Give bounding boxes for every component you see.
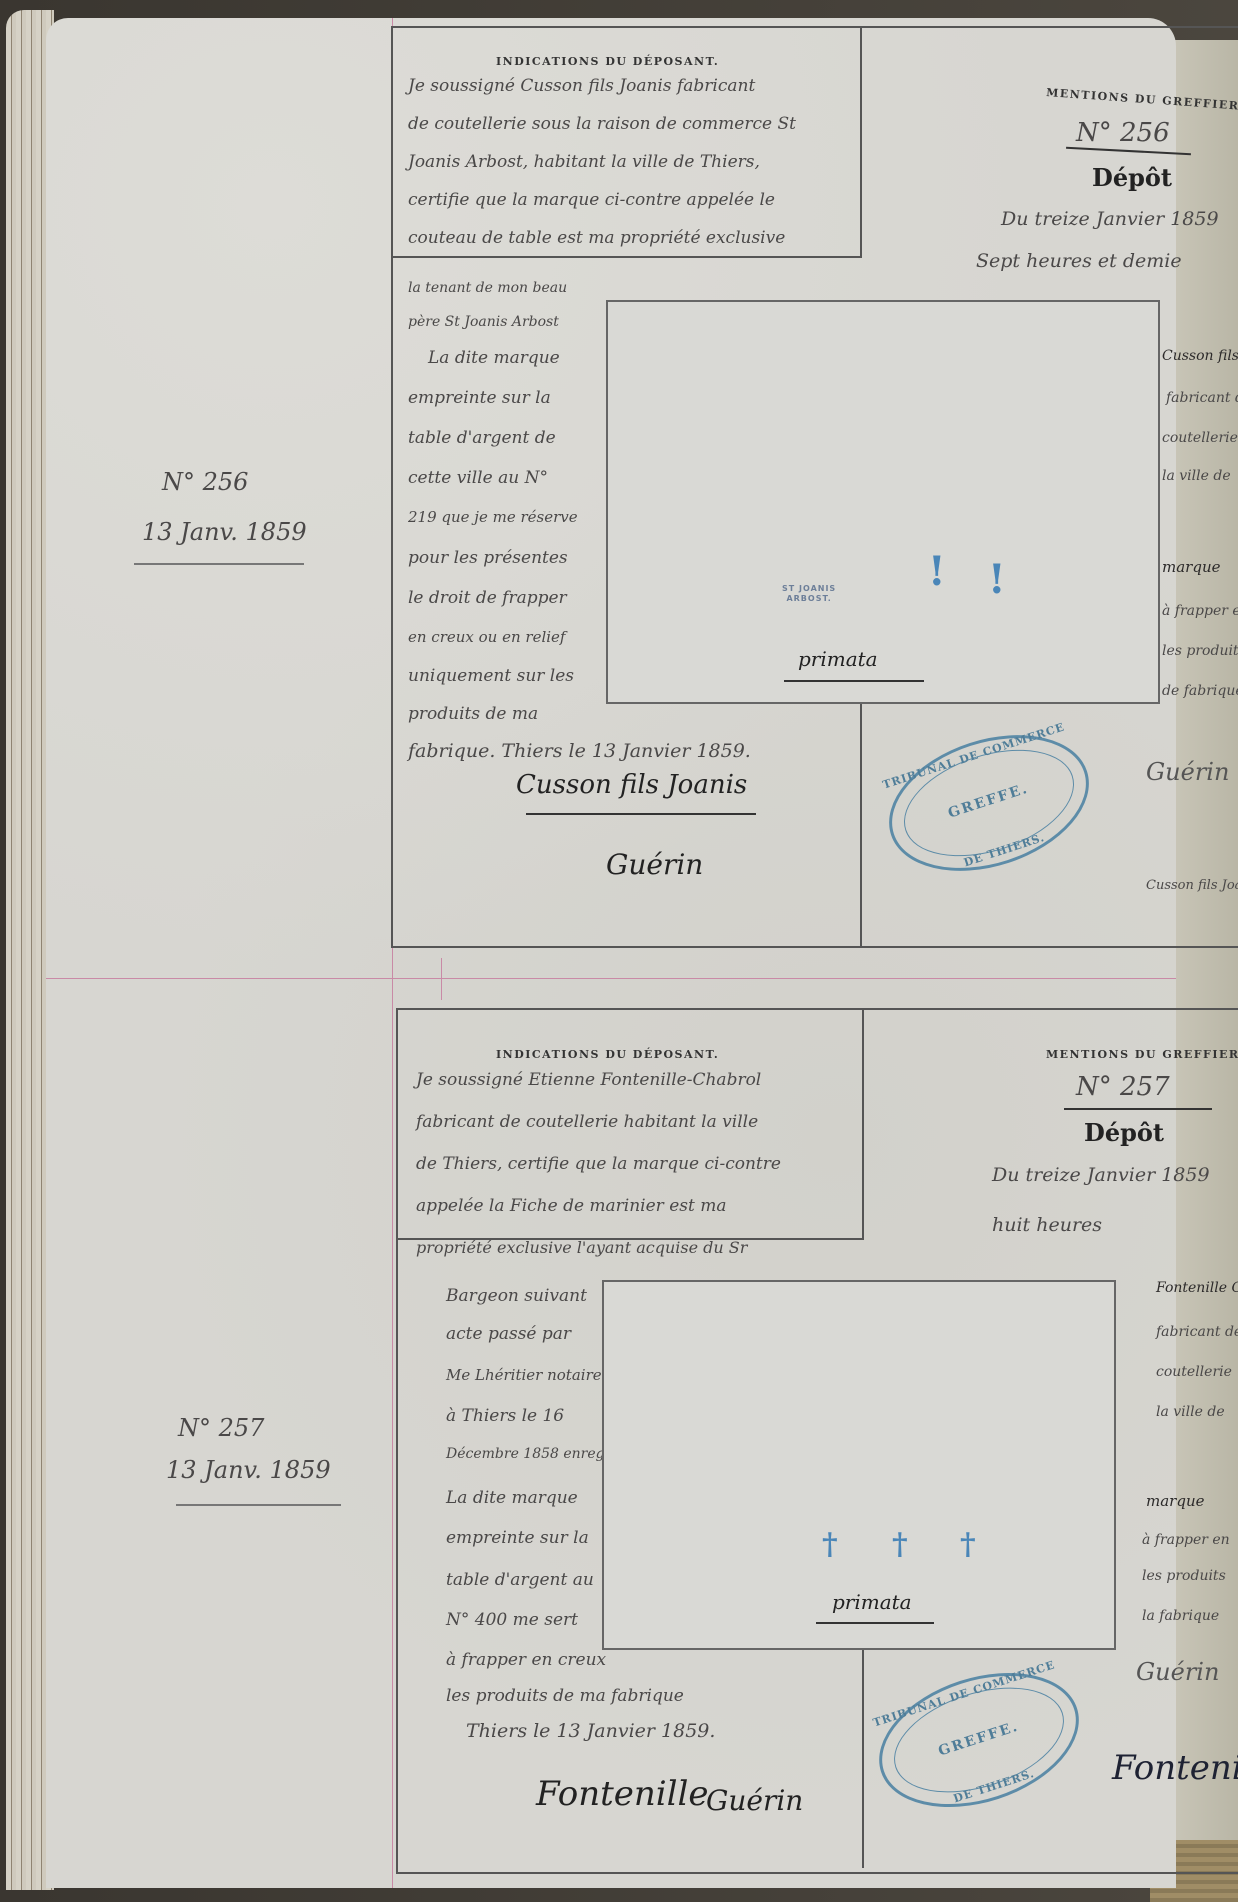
clerk-side-line: fabricant de	[1156, 1324, 1238, 1340]
handwritten-line: couteau de table est ma propriété exclus…	[408, 228, 785, 248]
clerk-side-signature: Cusson fils Joanis	[1146, 878, 1238, 893]
depositor-header: INDICATIONS DU DÉPOSANT.	[496, 1048, 719, 1061]
key-mark-icon: †	[960, 1530, 976, 1560]
margin-entry-date: 13 Janv. 1859	[166, 1456, 331, 1484]
handwritten-line: en creux ou en relief	[408, 628, 565, 646]
handwritten-line: empreinte sur la	[408, 388, 551, 408]
trademark-imprint-box: † † † primata	[602, 1280, 1116, 1650]
handwritten-line: La dite marque	[446, 1488, 578, 1508]
margin-entry-number: N° 257	[178, 1414, 264, 1442]
clerk-number-underline	[1064, 1108, 1212, 1110]
clerk-title: Dépôt	[1092, 163, 1172, 192]
clerk-side-signature: Guérin	[1146, 758, 1229, 786]
clerk-entry-number: N° 256	[1076, 118, 1170, 148]
handwritten-line: Je soussigné Cusson fils Joanis fabrican…	[408, 76, 755, 96]
margin-rule-tick	[441, 958, 442, 1000]
handwritten-line: La dite marque	[428, 348, 560, 368]
handwritten-line: Bargeon suivant	[446, 1286, 587, 1306]
clerk-signature: Guérin	[706, 1784, 803, 1817]
margin-entry-date: 13 Janv. 1859	[142, 518, 307, 546]
handwritten-line: propriété exclusive l'ayant acquise du S…	[416, 1238, 747, 1257]
margin-underline	[176, 1504, 341, 1506]
column-divider-lower	[862, 1646, 864, 1868]
handwritten-line: certifie que la marque ci-contre appelée…	[408, 190, 775, 210]
handwritten-line: Me Lhéritier notaire	[446, 1366, 602, 1384]
margin-entry-number: N° 256	[162, 468, 248, 496]
handwritten-line: à Thiers le 16	[446, 1406, 564, 1426]
clerk-title: Dépôt	[1084, 1118, 1164, 1147]
clerk-side-line: la fabrique	[1142, 1608, 1219, 1624]
clerk-line: Sept heures et demie	[976, 250, 1182, 272]
clerk-side-line: coutellerie habitant	[1162, 430, 1238, 446]
handwritten-line: cette ville au N°	[408, 468, 548, 488]
stamp-line-1: ST JOANIS	[782, 584, 836, 594]
clerk-side-line: les produits	[1142, 1568, 1226, 1584]
column-divider	[862, 1008, 864, 1240]
clerk-line: Du treize Janvier 1859	[1001, 208, 1219, 230]
column-divider	[860, 26, 862, 258]
clerk-side-line: la ville de	[1162, 468, 1231, 484]
clerk-line: Du treize Janvier 1859	[992, 1164, 1210, 1186]
handwritten-line: fabrique. Thiers le 13 Janvier 1859.	[408, 740, 751, 762]
imprint-label-underline	[816, 1622, 934, 1624]
key-mark-icon: †	[822, 1530, 838, 1560]
handwritten-line: père St Joanis Arbost	[408, 314, 559, 330]
handwritten-line: de coutellerie sous la raison de commerc…	[408, 114, 796, 134]
clerk-side-line: coutellerie	[1156, 1364, 1232, 1380]
signature-flourish	[526, 813, 756, 815]
handwritten-line: 219 que je me réserve	[408, 508, 578, 526]
knife-mark-icon: !	[928, 552, 946, 592]
handwritten-line: à frapper en creux	[446, 1650, 606, 1670]
clerk-side-line: fabricant de	[1166, 390, 1238, 406]
depositor-header: INDICATIONS DU DÉPOSANT.	[496, 55, 719, 68]
clerk-side-line: à frapper en	[1162, 603, 1238, 619]
handwritten-line: la tenant de mon beau	[408, 280, 567, 296]
handwritten-line: les produits de ma fabrique	[446, 1686, 684, 1706]
handwritten-line: appelée la Fiche de marinier est ma	[416, 1196, 726, 1216]
handwritten-line: Thiers le 13 Janvier 1859.	[466, 1720, 715, 1742]
column-divider-lower	[860, 696, 862, 946]
clerk-side-line: à frapper en	[1142, 1532, 1230, 1548]
key-mark-icon: †	[892, 1530, 908, 1560]
depositor-signature: Fontenille	[536, 1774, 709, 1814]
clerk-side-line: Fontenille Ch.	[1156, 1280, 1238, 1296]
handwritten-line: uniquement sur les	[408, 666, 574, 686]
clerk-side-signature: Fontenille	[1112, 1748, 1238, 1788]
handwritten-line: le droit de frapper	[408, 588, 567, 608]
depositor-signature: Cusson fils Joanis	[516, 770, 747, 800]
clerk-side-line: marque	[1162, 558, 1220, 576]
clerk-side-line: les produits	[1162, 643, 1238, 659]
handwritten-line: N° 400 me sert	[446, 1610, 578, 1630]
imprint-label: primata	[798, 647, 878, 671]
handwritten-line: produits de ma	[408, 704, 538, 724]
handwritten-line: empreinte sur la	[446, 1528, 589, 1548]
margin-underline	[134, 563, 304, 565]
imprint-label-underline	[784, 680, 924, 682]
imprint-label: primata	[832, 1590, 912, 1614]
stamp-text: ST JOANIS ARBOST.	[782, 584, 836, 604]
stamp-line-2: ARBOST.	[782, 594, 836, 604]
handwritten-line: Joanis Arbost, habitant la ville de Thie…	[408, 152, 760, 172]
handwritten-line: acte passé par	[446, 1324, 571, 1344]
handwritten-line: table d'argent de	[408, 428, 556, 448]
clerk-side-line: marque	[1146, 1492, 1204, 1510]
handwritten-line: pour les présentes	[408, 548, 568, 568]
margin-rule-horizontal	[46, 978, 1176, 979]
clerk-side-line: de fabrique	[1162, 683, 1238, 699]
handwritten-line: de Thiers, certifie que la marque ci-con…	[416, 1154, 781, 1174]
clerk-line: huit heures	[992, 1214, 1102, 1236]
clerk-side-line: Cusson fils	[1162, 348, 1238, 364]
clerk-side-line: la ville de	[1156, 1404, 1225, 1420]
trademark-imprint-box: ST JOANIS ARBOST. ! ! primata	[606, 300, 1160, 704]
clerk-signature: Guérin	[606, 848, 703, 881]
knife-mark-icon: !	[988, 560, 1006, 600]
ledger-page: N° 256 13 Janv. 1859 INDICATIONS DU DÉPO…	[46, 18, 1176, 1888]
clerk-header: MENTIONS DU GREFFIER.	[1046, 1048, 1238, 1061]
handwritten-line: Je soussigné Etienne Fontenille-Chabrol	[416, 1070, 761, 1090]
clerk-side-signature: Guérin	[1136, 1658, 1219, 1686]
handwritten-line: fabricant de coutellerie habitant la vil…	[416, 1112, 758, 1132]
handwritten-line: table d'argent au	[446, 1570, 594, 1590]
clerk-entry-number: N° 257	[1076, 1072, 1170, 1102]
row-divider	[391, 256, 861, 258]
